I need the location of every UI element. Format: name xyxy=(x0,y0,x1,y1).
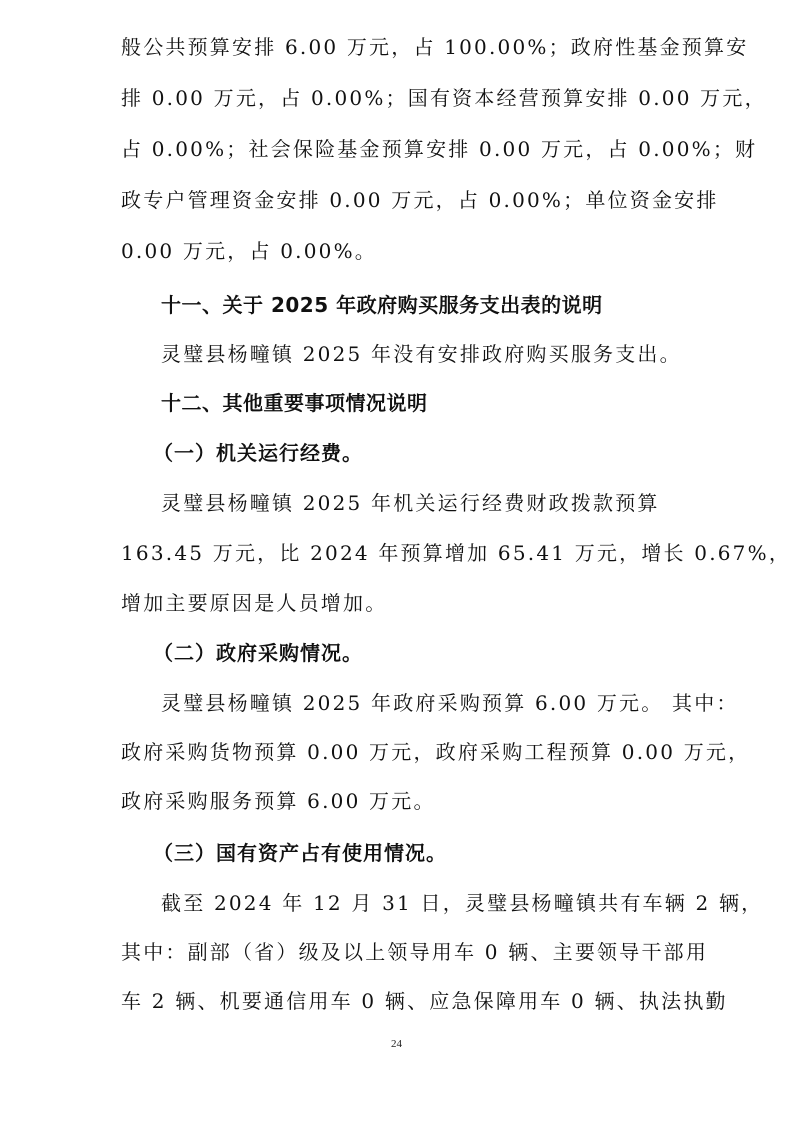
paragraph-line: 政专户管理资金安排 0.00 万元，占 0.00%；单位资金安排 xyxy=(121,185,681,215)
page-number: 24 xyxy=(0,1038,793,1050)
paragraph-line: 排 0.00 万元，占 0.00%；国有资本经营预算安排 0.00 万元， xyxy=(121,83,681,113)
section-heading-12: 十二、其他重要事项情况说明 xyxy=(161,388,721,418)
subsection-heading-1: （一）机关运行经费。 xyxy=(153,438,713,468)
paragraph-line: 车 2 辆、机要通信用车 0 辆、应急保障用车 0 辆、执法执勤 xyxy=(121,986,681,1016)
paragraph-line: 灵璧县杨疃镇 2025 年机关运行经费财政拨款预算 xyxy=(161,488,721,518)
paragraph-line: 增加主要原因是人员增加。 xyxy=(121,588,681,618)
paragraph-line: 截至 2024 年 12 月 31 日，灵璧县杨疃镇共有车辆 2 辆， xyxy=(161,888,721,918)
paragraph-line: 般公共预算安排 6.00 万元，占 100.00%；政府性基金预算安 xyxy=(121,32,681,62)
paragraph-line: 163.45 万元，比 2024 年预算增加 65.41 万元，增长 0.67%… xyxy=(121,538,681,568)
paragraph-line: 政府采购货物预算 0.00 万元，政府采购工程预算 0.00 万元， xyxy=(121,737,681,767)
subsection-heading-2: （二）政府采购情况。 xyxy=(153,638,713,668)
paragraph-line: 0.00 万元，占 0.00%。 xyxy=(121,236,681,266)
paragraph-line: 其中：副部（省）级及以上领导用车 0 辆、主要领导干部用 xyxy=(121,937,681,967)
section-heading-11: 十一、关于 2025 年政府购买服务支出表的说明 xyxy=(161,290,721,320)
section-11-body: 灵璧县杨疃镇 2025 年没有安排政府购买服务支出。 xyxy=(161,339,721,369)
paragraph-line: 政府采购服务预算 6.00 万元。 xyxy=(121,786,681,816)
subsection-heading-3: （三）国有资产占有使用情况。 xyxy=(153,838,713,868)
document-page: 般公共预算安排 6.00 万元，占 100.00%；政府性基金预算安 排 0.0… xyxy=(0,0,793,1122)
paragraph-line: 灵璧县杨疃镇 2025 年政府采购预算 6.00 万元。 其中： xyxy=(161,688,721,718)
paragraph-line: 占 0.00%；社会保险基金预算安排 0.00 万元，占 0.00%；财 xyxy=(121,134,681,164)
